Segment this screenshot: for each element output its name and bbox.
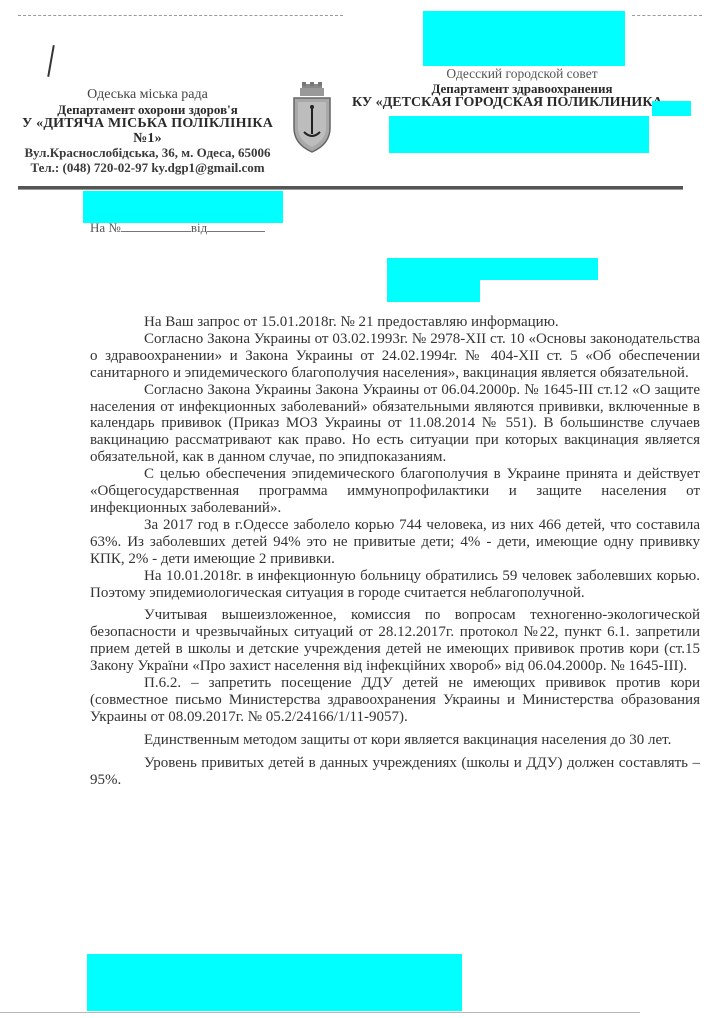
paragraph: На 10.01.2018г. в инфекционную больницу … xyxy=(90,568,700,602)
paragraph: П.6.2. – запретить посещение ДДУ детей н… xyxy=(90,675,700,726)
reference-date-label: від xyxy=(191,220,207,235)
contacts-uk: Тел.: (048) 720-02-97 ky.dgp1@gmail.com xyxy=(15,161,280,176)
redaction-block xyxy=(387,280,480,302)
council-name-ru: Одесский городской совет xyxy=(372,67,672,82)
department-name-uk: Департамент охорони здоров'я xyxy=(15,103,280,118)
letterhead-ukrainian: Одеська міська рада Департамент охорони … xyxy=(15,88,280,175)
council-name-uk: Одеська міська рада xyxy=(15,88,280,103)
paragraph: Единственным методом защиты от кори явля… xyxy=(90,732,700,749)
redaction-block xyxy=(423,11,625,66)
reference-number-blank xyxy=(121,221,191,232)
redaction-block xyxy=(652,101,691,116)
redaction-block xyxy=(387,258,598,280)
redaction-block xyxy=(389,116,649,153)
paragraph: Согласно Закона Украины от 03.02.1993г. … xyxy=(90,331,700,382)
handwritten-mark xyxy=(47,45,55,77)
institution-name-uk: У «ДИТЯЧА МІСЬКА ПОЛІКЛІНІКА №1» xyxy=(15,117,280,146)
letter-body: На Ваш запрос от 15.01.2018г. № 21 предо… xyxy=(90,314,700,788)
redaction-block xyxy=(87,954,462,1011)
paragraph: С целью обеспечения эпидемического благо… xyxy=(90,466,700,517)
paragraph: Согласно Закона Украины Закона Украины о… xyxy=(90,382,700,467)
top-dashed-rule xyxy=(18,15,343,16)
top-dashed-rule-right xyxy=(632,15,702,16)
letterhead-russian: Одесский городской совет Департамент здр… xyxy=(372,67,672,111)
coat-of-arms-icon xyxy=(290,82,334,154)
page-edge xyxy=(0,1012,640,1013)
paragraph: Уровень привитых детей в данных учрежден… xyxy=(90,755,700,789)
reference-line: На №від xyxy=(90,220,265,236)
reference-number-label: На № xyxy=(90,220,121,235)
paragraph: Учитывая вышеизложенное, комиссия по воп… xyxy=(90,607,700,675)
paragraph: На Ваш запрос от 15.01.2018г. № 21 предо… xyxy=(90,314,700,331)
institution-name-ru: КУ «ДЕТСКАЯ ГОРОДСКАЯ ПОЛИКЛИНИКА xyxy=(352,96,672,111)
department-name-ru: Департамент здравоохранения xyxy=(372,82,672,97)
reference-date-blank xyxy=(207,221,265,232)
address-uk: Вул.Краснослобідська, 36, м. Одеса, 6500… xyxy=(15,146,280,161)
paragraph: За 2017 год в г.Одессе заболело корью 74… xyxy=(90,517,700,568)
letterhead-divider xyxy=(18,186,683,190)
redaction-block xyxy=(83,191,283,223)
